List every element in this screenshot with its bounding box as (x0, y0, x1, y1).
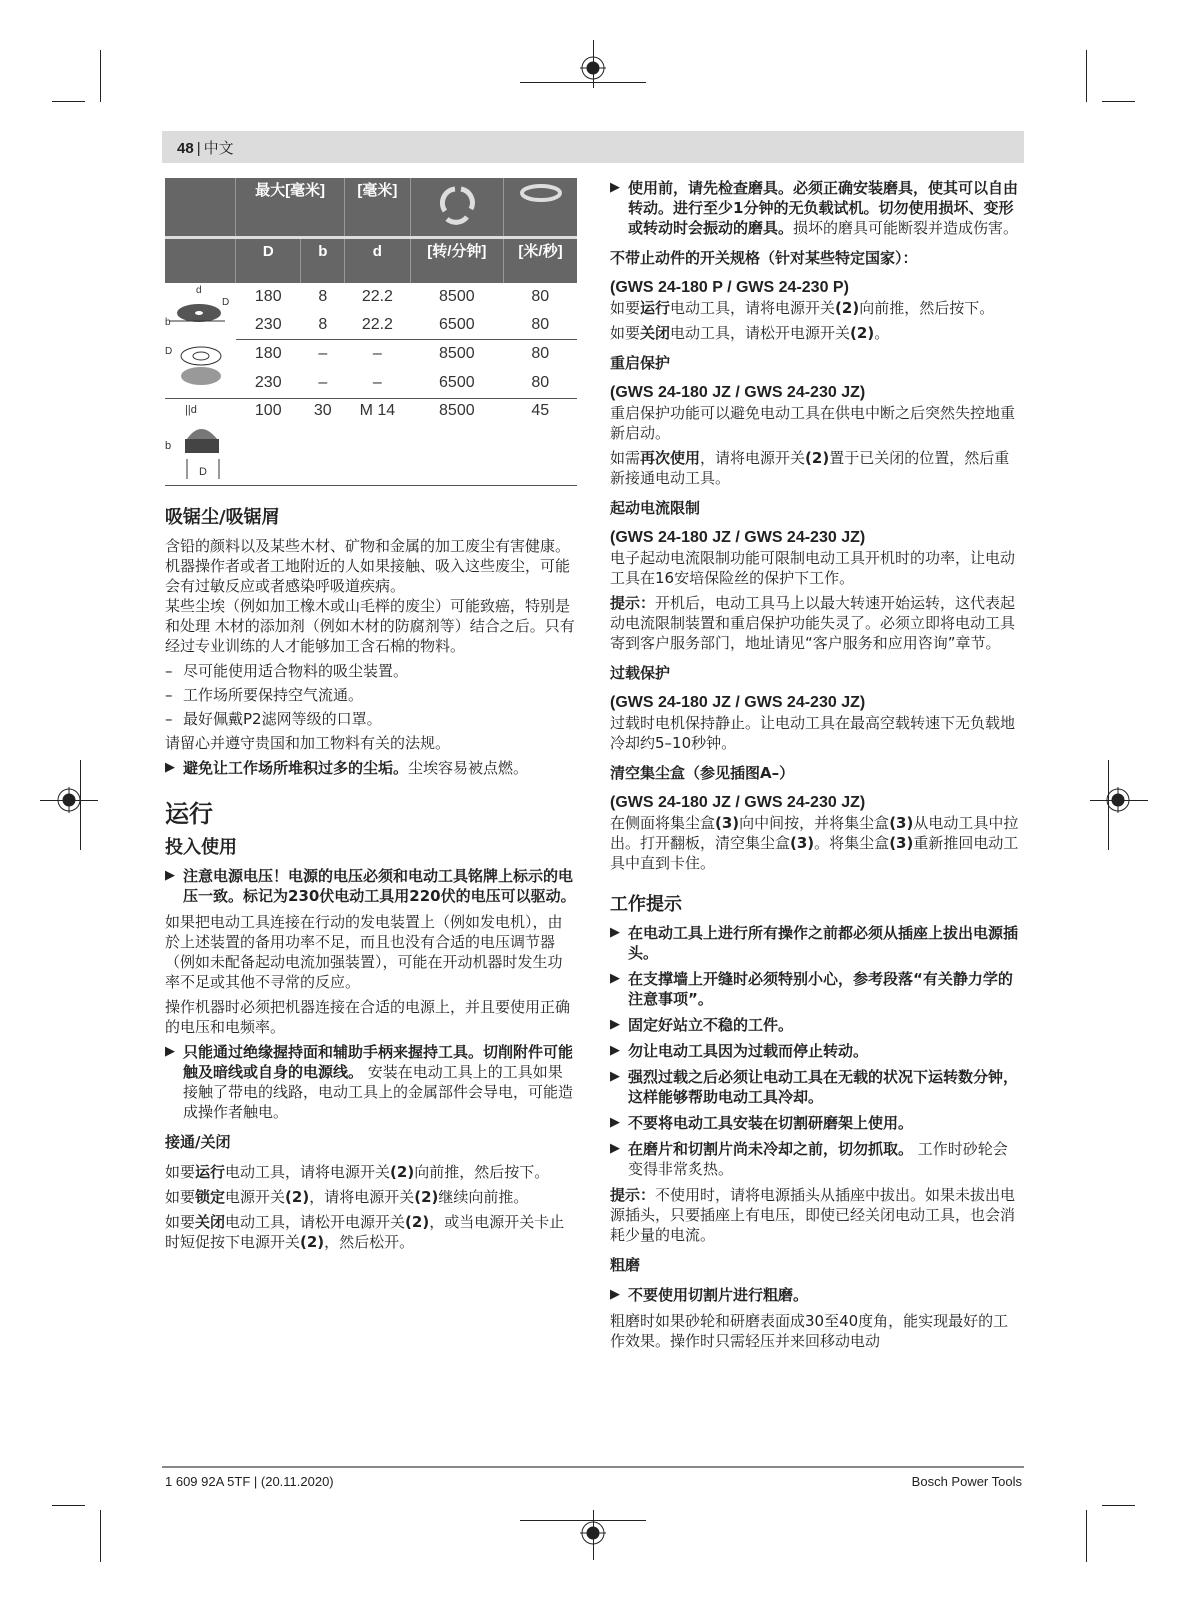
page-header: 48|中文 (162, 131, 1024, 163)
crop-mark (1086, 50, 1087, 102)
tip-bullet: ▶在支撑墙上开缝时必须特别小心，参考段落“有关静力学的注意事项”。 (610, 969, 1022, 1009)
section-title-inrush: 起动电流限制 (610, 498, 1022, 518)
paragraph: 如果把电动工具连接在行动的发电装置上（例如发电机），由於上述装置的备用功率不足，… (165, 912, 577, 992)
tip-bullet: ▶不要将电动工具安装在切割研磨架上使用。 (610, 1113, 1022, 1133)
header-cell: [毫米] (345, 178, 410, 238)
section-title-tips: 工作提示 (610, 895, 1022, 915)
svg-text:b: b (165, 317, 171, 328)
paragraph: 如需再次使用，请将电源开关(2)置于已关闭的位置，然后重新接通电动工具。 (610, 448, 1022, 488)
warning-bullet: ▶避免让工作场所堆积过多的尘垢。尘埃容易被点燃。 (165, 758, 577, 778)
section-title-onoff: 接通/关闭 (165, 1132, 577, 1152)
bullet-bold: 注意电源电压！电源的电压必须和电动工具铭牌上标示的电压一致。标记为230伏电动工… (183, 867, 576, 905)
registration-mark-icon (580, 55, 606, 81)
table-row: D 180 – – 8500 80 (165, 340, 577, 369)
cell-d: – (345, 340, 410, 369)
triangle-bullet-icon: ▶ (610, 1139, 620, 1159)
dash-text: 工作场所要保持空气流通。 (183, 686, 363, 704)
doc-id: 1 609 92A 5TF | (20.11.2020) (165, 1474, 334, 1489)
cell-speed: 80 (504, 369, 578, 398)
tip-bullet: ▶在磨片和切割片尚未冷却之前，切勿抓取。 工作时砂轮会变得非常炙热。 (610, 1139, 1022, 1179)
triangle-bullet-icon: ▶ (610, 1067, 620, 1087)
tool-icon-cell: bDd (165, 283, 236, 340)
paragraph: 请留心并遵守贵国和加工物料有关的法规。 (165, 733, 577, 753)
header-cell (165, 178, 236, 238)
section-title-startup: 投入使用 (165, 838, 577, 858)
tip-bullet: ▶固定好站立不稳的工件。 (610, 1015, 1022, 1035)
cell-d: M 14 (345, 398, 410, 485)
header-cell: b (301, 238, 345, 284)
registration-mark-icon (580, 1520, 606, 1546)
table-header-row: 最大[毫米] [毫米] (165, 178, 577, 238)
footer-divider (162, 1466, 1024, 1468)
model-label: (GWS 24-180 JZ / GWS 24-230 JZ) (610, 693, 1022, 713)
registration-mark-icon (56, 787, 82, 813)
svg-text:b: b (165, 440, 171, 452)
table-row: bDd 180 8 22.2 8500 80 (165, 283, 577, 311)
svg-text:D: D (222, 297, 229, 308)
cell-D: 180 (236, 340, 301, 369)
header-cell (410, 178, 503, 238)
cell-D: 230 (236, 369, 301, 398)
tip-bullet: ▶在电动工具上进行所有操作之前都必须从插座上拔出电源插头。 (610, 923, 1022, 963)
model-label: (GWS 24-180 P / GWS 24-230 P) (610, 278, 1022, 298)
cell-b: – (301, 340, 345, 369)
cell-speed: 80 (504, 340, 578, 369)
triangle-bullet-icon: ▶ (165, 1042, 175, 1062)
dash-item: –工作场所要保持空气流通。 (165, 685, 577, 705)
model-label: (GWS 24-180 JZ / GWS 24-230 JZ) (610, 793, 1022, 813)
cell-b: 8 (301, 283, 345, 311)
crop-mark (100, 1510, 101, 1562)
cell-b: 8 (301, 311, 345, 340)
triangle-bullet-icon: ▶ (610, 1041, 620, 1061)
bullet-text: 尘埃容易被点燃。 (408, 759, 528, 777)
brand-label: Bosch Power Tools (912, 1474, 1022, 1489)
paragraph: 操作机器时必须把机器连接在合适的电源上，并且要使用正确的电压和电频率。 (165, 997, 577, 1037)
header-cell: [转/分钟] (410, 238, 503, 284)
tip-bullet: ▶强烈过载之后必须让电动工具在无载的状况下运转数分钟，这样能够帮助电动工具冷却。 (610, 1067, 1022, 1107)
spec-table: 最大[毫米] [毫米] D b d [转/分钟] [米/秒] bDd 180 8… (165, 178, 577, 486)
triangle-bullet-icon: ▶ (610, 969, 620, 989)
model-label: (GWS 24-180 JZ / GWS 24-230 JZ) (610, 383, 1022, 403)
paragraph: 如要锁定电源开关(2)，请将电源开关(2)继续向前推。 (165, 1187, 577, 1207)
cell-d: – (345, 369, 410, 398)
svg-text:D: D (165, 346, 172, 357)
svg-text:d: d (196, 285, 202, 296)
warning-bullet: ▶不要使用切割片进行粗磨。 (610, 1285, 1022, 1305)
crop-mark (1102, 1505, 1135, 1506)
crop-mark (52, 1505, 85, 1506)
triangle-bullet-icon: ▶ (610, 1285, 620, 1305)
header-cell (504, 178, 578, 238)
section-title-switch: 不带止动件的开关规格（针对某些特定国家）： (610, 248, 1022, 268)
cell-rpm: 8500 (410, 398, 503, 485)
triangle-bullet-icon: ▶ (610, 923, 620, 943)
cell-rpm: 6500 (410, 311, 503, 340)
triangle-bullet-icon: ▶ (165, 866, 175, 886)
triangle-bullet-icon: ▶ (165, 758, 175, 778)
cell-speed: 80 (504, 283, 578, 311)
section-title-dustbox: 清空集尘盒（参见插图A–） (610, 763, 1022, 783)
left-column: 最大[毫米] [毫米] D b d [转/分钟] [米/秒] bDd 180 8… (165, 178, 577, 1257)
cell-b: 30 (301, 398, 345, 485)
section-title-rough: 粗磨 (610, 1255, 1022, 1275)
cell-rpm: 8500 (410, 283, 503, 311)
crop-mark (1102, 101, 1135, 102)
note: 提示：开机后，电动工具马上以最大转速开始运转，这代表起动电流限制装置和重启保护功… (610, 593, 1022, 653)
triangle-bullet-icon: ▶ (610, 1015, 620, 1035)
crop-mark (100, 50, 101, 102)
language-label: 中文 (204, 140, 234, 157)
cell-rpm: 6500 (410, 369, 503, 398)
tool-icon-cell: D (165, 340, 236, 399)
tool-icon-cell: ||dbD (165, 398, 236, 485)
crop-mark (520, 82, 646, 83)
dash-item: –尽可能使用适合物料的吸尘装置。 (165, 661, 577, 681)
crop-mark (1086, 1510, 1087, 1562)
paragraph: 如要运行电动工具，请将电源开关(2)向前推，然后按下。 (610, 298, 1022, 318)
bullet-bold: 避免让工作场所堆积过多的尘垢。 (183, 759, 408, 777)
tip-bullet: ▶勿让电动工具因为过载而停止转动。 (610, 1041, 1022, 1061)
warning-bullet: ▶只能通过绝缘握持面和辅助手柄来握持工具。切削附件可能触及暗线或自身的电源线。 … (165, 1042, 577, 1122)
svg-text:D: D (199, 466, 207, 478)
cell-d: 22.2 (345, 311, 410, 340)
cell-speed: 45 (504, 398, 578, 485)
rpm-icon (435, 181, 479, 227)
paragraph: 某些尘埃（例如加工橡木或山毛榉的废尘）可能致癌，特别是和处理 木材的添加剂（例如… (165, 596, 577, 656)
cell-d: 22.2 (345, 283, 410, 311)
cell-D: 180 (236, 283, 301, 311)
cell-speed: 80 (504, 311, 578, 340)
cell-D: 100 (236, 398, 301, 485)
paragraph: 如要关闭电动工具，请松开电源开关(2)。 (610, 323, 1022, 343)
right-column: ▶使用前，请先检查磨具。必须正确安装磨具，使其可以自由转动。进行至少1分钟的无负… (610, 178, 1022, 1356)
table-header-row: D b d [转/分钟] [米/秒] (165, 238, 577, 284)
dash-item: –最好佩戴P2滤网等级的口罩。 (165, 709, 577, 729)
header-cell: 最大[毫米] (236, 178, 345, 238)
section-title-restart: 重启保护 (610, 353, 1022, 373)
table-row: ||dbD 100 30 M 14 8500 45 (165, 398, 577, 485)
speed-icon (518, 181, 564, 205)
paragraph: 过载时电机保持静止。让电动工具在最高空载转速下无负载地冷却约5–10秒钟。 (610, 713, 1022, 753)
registration-mark-icon (1105, 787, 1131, 813)
separator: | (197, 140, 201, 157)
header-cell: D (236, 238, 301, 284)
cell-D: 230 (236, 311, 301, 340)
paragraph: 电子起动电流限制功能可限制电动工具开机时的功率，让电动工具在16安培保险丝的保护… (610, 548, 1022, 588)
chapter-title-operation: 运行 (165, 804, 577, 824)
paragraph: 如要运行电动工具，请将电源开关(2)向前推，然后按下。 (165, 1162, 577, 1182)
cell-rpm: 8500 (410, 340, 503, 369)
page-label: 48|中文 (177, 137, 234, 158)
warning-bullet: ▶注意电源电压！电源的电压必须和电动工具铭牌上标示的电压一致。标记为230伏电动… (165, 866, 577, 906)
paragraph: 重启保护功能可以避免电动工具在供电中断之后突然失控地重新启动。 (610, 403, 1022, 443)
page-number: 48 (177, 140, 194, 157)
cutting-disc-icon: bDd (165, 283, 231, 333)
header-cell: [米/秒] (504, 238, 578, 284)
cup-brush-icon: ||dbD (165, 401, 231, 479)
cell-b: – (301, 369, 345, 398)
note: 提示：不使用时，请将电源插头从插座中拔出。如果未拔出电源插头，只要插座上有电压，… (610, 1185, 1022, 1245)
section-title-dust: 吸锯尘/吸锯屑 (165, 508, 577, 528)
section-title-overload: 过载保护 (610, 663, 1022, 683)
paragraph: 在侧面将集尘盒(3)向中间按，并将集尘盒(3)从电动工具中拉出。打开翻板，清空集… (610, 813, 1022, 873)
crop-mark (52, 101, 85, 102)
dash-text: 尽可能使用适合物料的吸尘装置。 (183, 662, 408, 680)
header-cell (165, 238, 236, 284)
paragraph: 如要关闭电动工具，请松开电源开关(2)，或当电源开关卡止时短促按下电源开关(2)… (165, 1212, 577, 1252)
header-cell: d (345, 238, 410, 284)
triangle-bullet-icon: ▶ (610, 178, 620, 198)
dash-text: 最好佩戴P2滤网等级的口罩。 (183, 710, 382, 728)
sanding-disc-icon: D (165, 340, 231, 392)
warning-bullet: ▶使用前，请先检查磨具。必须正确安装磨具，使其可以自由转动。进行至少1分钟的无负… (610, 178, 1022, 238)
paragraph: 粗磨时如果砂轮和研磨表面成30至40度角，能实现最好的工作效果。操作时只需轻压并… (610, 1311, 1022, 1351)
model-label: (GWS 24-180 JZ / GWS 24-230 JZ) (610, 528, 1022, 548)
svg-text:||d: ||d (185, 404, 197, 416)
bullet-text: 损坏的磨具可能断裂并造成伤害。 (793, 219, 1018, 237)
paragraph: 含铅的颜料以及某些木材、矿物和金属的加工废尘有害健康。机器操作者或者工地附近的人… (165, 536, 577, 596)
triangle-bullet-icon: ▶ (610, 1113, 620, 1133)
